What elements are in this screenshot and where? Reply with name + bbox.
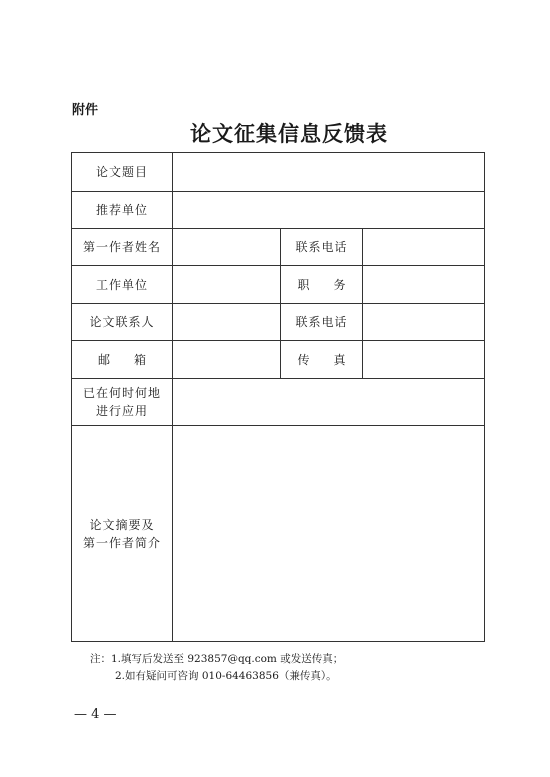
attachment-label: 附件 xyxy=(72,99,98,118)
label-paper-title: 论文题目 xyxy=(71,152,173,192)
label-text: 邮 箱 xyxy=(98,351,146,369)
field-email[interactable] xyxy=(172,340,281,379)
label-text: 论文联系人 xyxy=(89,313,154,331)
label-author-phone: 联系电话 xyxy=(280,228,363,266)
label-text: 已在何时何地 进行应用 xyxy=(83,384,161,420)
field-paper-title[interactable] xyxy=(172,152,485,192)
field-recommending-unit[interactable] xyxy=(172,191,485,229)
field-position[interactable] xyxy=(362,265,485,304)
label-abstract-and-bio: 论文摘要及 第一作者简介 xyxy=(71,425,173,642)
label-text: 推荐单位 xyxy=(96,201,148,219)
note-line-1: 注：1.填写后发送至 923857@qq.com 或发送传真； xyxy=(90,651,343,668)
label-text: 工作单位 xyxy=(96,276,148,294)
label-contact-phone: 联系电话 xyxy=(280,303,363,341)
label-application-history: 已在何时何地 进行应用 xyxy=(71,378,173,426)
field-abstract-and-bio[interactable] xyxy=(172,425,485,642)
page-title: 论文征集信息反馈表 xyxy=(190,118,388,148)
label-text: 传 真 xyxy=(297,351,345,369)
field-work-unit[interactable] xyxy=(172,265,281,304)
field-fax[interactable] xyxy=(362,340,485,379)
page-number: — 4 — xyxy=(74,707,117,722)
field-author-phone[interactable] xyxy=(362,228,485,266)
notes: 注：1.填写后发送至 923857@qq.com 或发送传真； 2.如有疑问可咨… xyxy=(90,651,343,685)
label-paper-contact: 论文联系人 xyxy=(71,303,173,341)
field-paper-contact[interactable] xyxy=(172,303,281,341)
field-contact-phone[interactable] xyxy=(362,303,485,341)
field-application-history[interactable] xyxy=(172,378,485,426)
label-text: 联系电话 xyxy=(295,313,347,331)
label-work-unit: 工作单位 xyxy=(71,265,173,304)
field-first-author-name[interactable] xyxy=(172,228,281,266)
label-email: 邮 箱 xyxy=(71,340,173,379)
label-text: 职 务 xyxy=(297,276,345,294)
label-text: 联系电话 xyxy=(295,238,347,256)
label-text: 论文摘要及 第一作者简介 xyxy=(83,516,161,552)
note-line-2: 2.如有疑问可咨询 010-64463856（兼传真）。 xyxy=(90,668,343,685)
label-fax: 传 真 xyxy=(280,340,363,379)
label-text: 论文题目 xyxy=(96,163,148,181)
label-position: 职 务 xyxy=(280,265,363,304)
label-first-author-name: 第一作者姓名 xyxy=(71,228,173,266)
label-recommending-unit: 推荐单位 xyxy=(71,191,173,229)
label-text: 第一作者姓名 xyxy=(83,238,161,256)
